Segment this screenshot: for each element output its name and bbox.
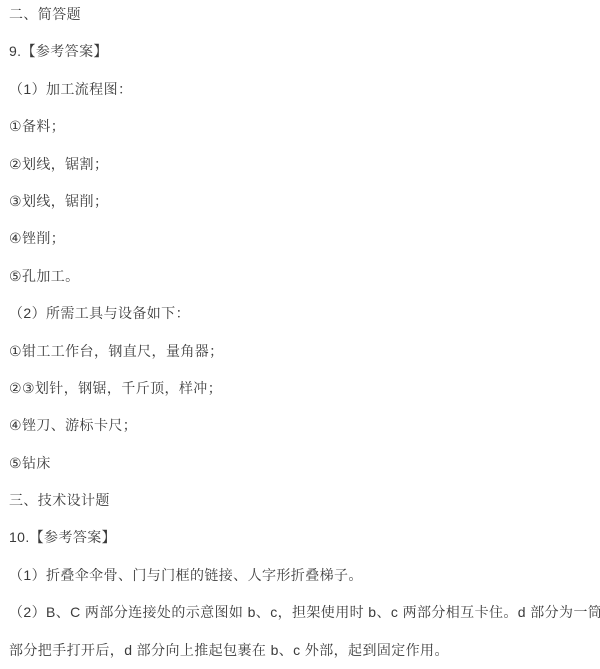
q10-part-2-answer-line-1: （2）B、C 两部分连接处的示意图如 b、c，担架使用时 b、c 两部分相互卡住… bbox=[9, 601, 594, 623]
q9-process-step-1: ①备料； bbox=[9, 115, 594, 137]
q9-process-step-2: ②划线，锯割； bbox=[9, 153, 594, 175]
q10-part-2-answer-line-2: 部分把手打开后，d 部分向上推起包裹在 b、c 外部，起到固定作用。 bbox=[9, 639, 594, 661]
q9-part-1-heading: （1）加工流程图： bbox=[9, 78, 594, 100]
section-2-heading: 二、简答题 bbox=[9, 3, 594, 25]
q9-tools-item-4: ⑤钻床 bbox=[9, 452, 594, 474]
q10-part-1-answer: （1）折叠伞伞骨、门与门框的链接、人字形折叠梯子。 bbox=[9, 564, 594, 586]
q9-tools-item-1: ①钳工工作台，钢直尺，量角器； bbox=[9, 340, 594, 362]
q9-process-step-5: ⑤孔加工。 bbox=[9, 265, 594, 287]
q9-tools-item-2: ②③划针，钢锯，千斤顶，样冲； bbox=[9, 377, 594, 399]
section-3-heading: 三、技术设计题 bbox=[9, 489, 594, 511]
q9-part-2-heading: （2）所需工具与设备如下： bbox=[9, 302, 594, 324]
q9-answer-label: 9.【参考答案】 bbox=[9, 40, 594, 62]
q10-answer-label: 10.【参考答案】 bbox=[9, 526, 594, 548]
q9-tools-item-3: ④锉刀、游标卡尺； bbox=[9, 414, 594, 436]
q9-process-step-4: ④锉削； bbox=[9, 227, 594, 249]
answer-document-page: 二、简答题 9.【参考答案】 （1）加工流程图： ①备料； ②划线，锯割； ③划… bbox=[0, 0, 600, 669]
q9-process-step-3: ③划线，锯削； bbox=[9, 190, 594, 212]
